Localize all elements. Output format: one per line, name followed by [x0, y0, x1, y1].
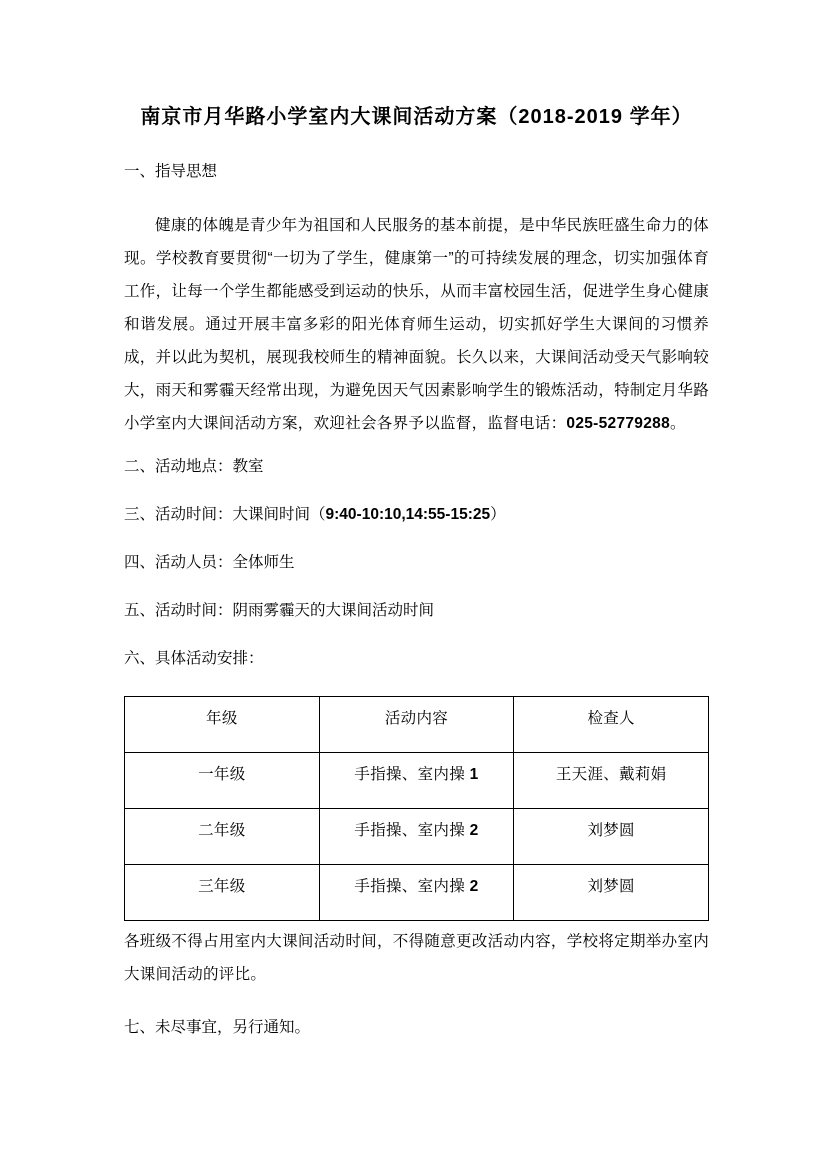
post-table-note: 各班级不得占用室内大课间活动时间，不得随意更改活动内容，学校将定期举办室内大课间… [124, 925, 709, 991]
section-3-suffix: ） [490, 506, 506, 523]
section-3-prefix: 三、活动时间：大课间时间（ [124, 506, 326, 523]
guiding-ideology-paragraph: 健康的体魄是青少年为祖国和人民服务的基本前提，是中华民族旺盛生命力的体现。学校教… [124, 209, 709, 440]
section-6-arrangement: 六、具体活动安排： [124, 648, 709, 670]
header-checker: 检查人 [514, 697, 709, 753]
paragraph-end-punctuation: 。 [670, 415, 686, 432]
supervision-phone-number: 025-52779288 [566, 415, 670, 432]
header-grade: 年级 [125, 697, 320, 753]
table-row: 二年级 手指操、室内操 2 刘梦圆 [125, 809, 709, 865]
activity-text: 手指操、室内操 [354, 878, 465, 895]
activity-schedule-table: 年级 活动内容 检查人 一年级 手指操、室内操 1 王天涯、戴莉娟 二年级 手指… [124, 696, 709, 921]
document-page: 南京市月华路小学室内大课间活动方案（2018-2019 学年） 一、指导思想 健… [0, 0, 827, 1170]
activity-cell: 手指操、室内操 2 [319, 809, 514, 865]
checker-cell: 刘梦圆 [514, 809, 709, 865]
grade-cell: 三年级 [125, 865, 320, 921]
table-header-row: 年级 活动内容 检查人 [125, 697, 709, 753]
activity-number: 2 [470, 878, 479, 895]
document-title: 南京市月华路小学室内大课间活动方案（2018-2019 学年） [124, 103, 709, 131]
section-4-personnel: 四、活动人员：全体师生 [124, 552, 709, 574]
section-2-location: 二、活动地点：教室 [124, 456, 709, 478]
activity-cell: 手指操、室内操 1 [319, 753, 514, 809]
table-row: 一年级 手指操、室内操 1 王天涯、戴莉娟 [125, 753, 709, 809]
section-3-time: 三、活动时间：大课间时间（9:40-10:10,14:55-15:25） [124, 504, 709, 526]
paragraph-text: 健康的体魄是青少年为祖国和人民服务的基本前提，是中华民族旺盛生命力的体现。学校教… [124, 217, 709, 432]
activity-cell: 手指操、室内操 2 [319, 865, 514, 921]
grade-cell: 二年级 [125, 809, 320, 865]
activity-text: 手指操、室内操 [354, 822, 465, 839]
checker-cell: 刘梦圆 [514, 865, 709, 921]
section-3-time-range: 9:40-10:10,14:55-15:25 [326, 506, 491, 523]
table-row: 三年级 手指操、室内操 2 刘梦圆 [125, 865, 709, 921]
checker-cell: 王天涯、戴莉娟 [514, 753, 709, 809]
grade-cell: 一年级 [125, 753, 320, 809]
activity-text: 手指操、室内操 [354, 766, 465, 783]
activity-number: 1 [470, 766, 479, 783]
header-activity-content: 活动内容 [319, 697, 514, 753]
section-heading-1: 一、指导思想 [124, 161, 709, 183]
section-5-time: 五、活动时间：阴雨雾霾天的大课间活动时间 [124, 600, 709, 622]
section-7-misc: 七、未尽事宜，另行通知。 [124, 1017, 709, 1039]
activity-number: 2 [470, 822, 479, 839]
